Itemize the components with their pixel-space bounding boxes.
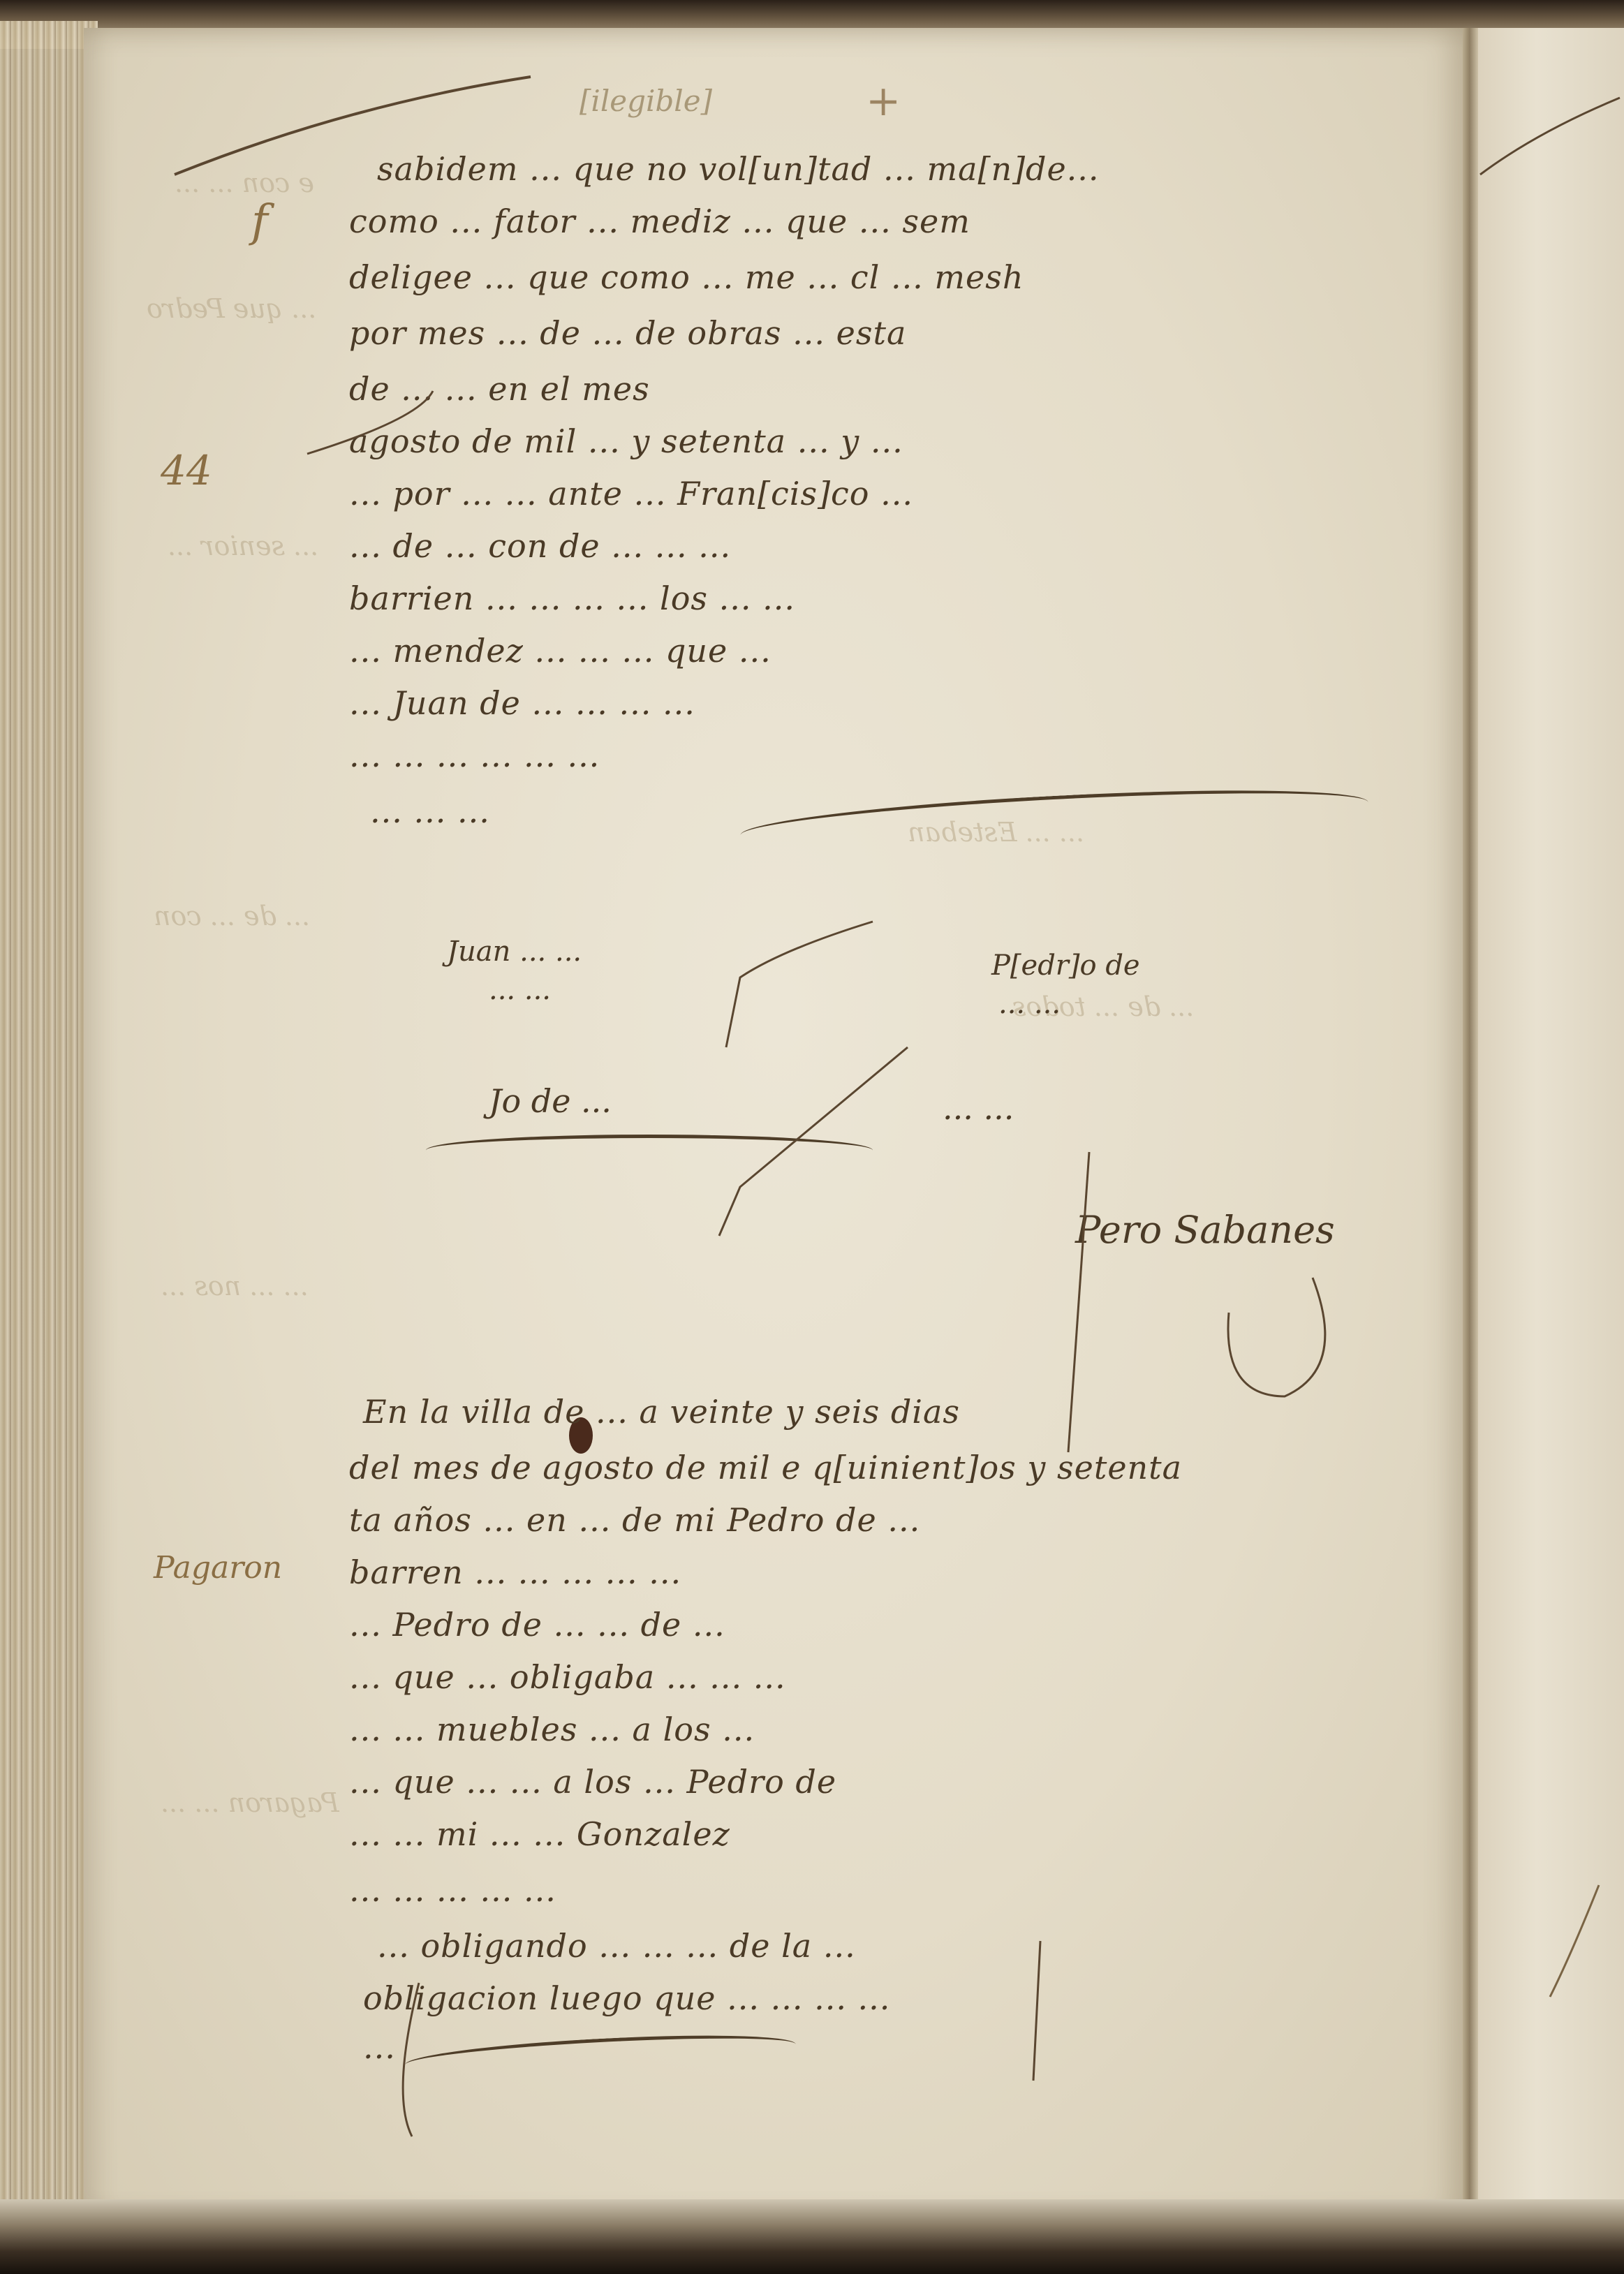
text-line: de ... ... en el mes (349, 370, 650, 408)
text-line: barrien ... ... ... ... los ... ... (349, 579, 795, 617)
text-line: obligacion luego que ... ... ... ... (363, 1979, 890, 2017)
text-line: ... que ... obligaba ... ... ... (349, 1658, 786, 1696)
text-line: como ... fator ... mediz ... que ... sem (349, 202, 970, 240)
text-line: ... obligando ... ... ... de la ... (377, 1927, 856, 1965)
margin-folio-number: 44 (161, 447, 212, 494)
text-line: En la villa de ... a veinte y seis dias (363, 1393, 960, 1431)
bleed-through-text: Pagaron ... ... (161, 1787, 339, 1818)
top-cross-mark: + (866, 77, 901, 126)
text-line: deligee ... que como ... me ... cl ... m… (349, 258, 1024, 296)
signature-2-line-1: P[edr]o de (991, 950, 1140, 982)
text-line: ... de ... con de ... ... ... (349, 527, 731, 565)
book-bottom-edge (0, 2199, 1624, 2274)
text-line: ... ... mi ... ... Gonzalez (349, 1815, 730, 1853)
text-line: ... por ... ... ante ... Fran[cis]co ... (349, 475, 913, 512)
signature-1-line-2: ... ... (489, 974, 551, 1006)
text-line: barren ... ... ... ... ... (349, 1553, 681, 1591)
text-line: ... mendez ... ... ... que ... (349, 632, 772, 670)
text-line: ... ... ... (370, 792, 490, 830)
signature-4: ... ... (943, 1089, 1014, 1127)
text-line: ta años ... en ... de mi Pedro de ... (349, 1501, 920, 1539)
margin-note-top: f (251, 195, 268, 247)
text-line: del mes de agosto de mil e q[uinient]os … (349, 1449, 1182, 1486)
bleed-through-text: ... que Pedro (147, 293, 316, 324)
signature-3: Jo de ... (489, 1082, 612, 1120)
text-line: ... ... ... ... ... ... (349, 737, 600, 774)
text-line: sabidem ... que no vol[un]tad ... ma[n]d… (377, 150, 1100, 188)
margin-note-pagaron: Pagaron (154, 1550, 282, 1586)
text-line: por mes ... de ... de obras ... esta (349, 314, 906, 352)
signature-3-rubric (426, 1135, 873, 1166)
book-gutter (1463, 28, 1478, 2220)
text-line: agosto de mil ... y setenta ... y ... (349, 422, 903, 460)
text-line: ... Juan de ... ... ... ... (349, 684, 695, 722)
text-line: ... ... ... ... ... (349, 1871, 556, 1909)
stacked-page-edges (0, 21, 98, 2227)
bleed-through-text: e con ... ... (175, 168, 314, 198)
signature-1-line-1: Juan ... ... (447, 936, 582, 968)
signature-2-line-2: ... ... (998, 988, 1061, 1020)
bleed-through-text: ... ... nos ... (161, 1271, 309, 1301)
text-line: ... Pedro de ... ... de ... (349, 1606, 725, 1644)
manuscript-page-verso (84, 28, 1473, 2220)
signature-pero-sabanes: Pero Sabanes (1075, 1208, 1335, 1252)
bleed-through-text: ... senior ... (168, 531, 318, 561)
text-line: ... (363, 2028, 396, 2066)
text-line: ... que ... ... a los ... Pedro de (349, 1763, 836, 1801)
top-faint-mark: [ilegible] (580, 84, 712, 118)
bleed-through-text: ... de ... con (154, 901, 310, 931)
text-line: ... ... muebles ... a los ... (349, 1711, 755, 1748)
manuscript-page-recto-edge (1478, 28, 1624, 2220)
